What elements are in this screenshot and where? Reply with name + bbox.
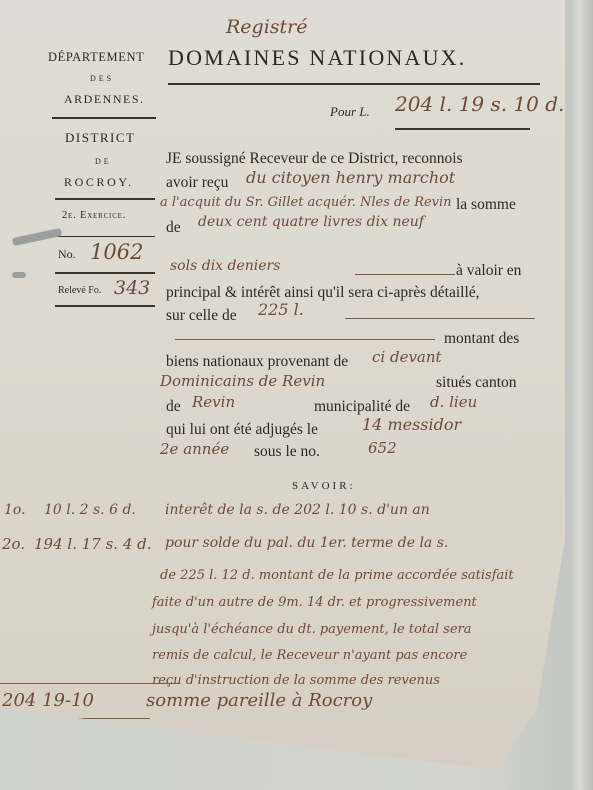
amount-label: Pour L. xyxy=(330,104,370,120)
total-amount: 204 19-10 xyxy=(2,690,94,711)
amount-rule xyxy=(395,128,530,130)
body-line-6: principal & intérêt ainsi qu'il sera ci-… xyxy=(166,284,480,302)
body-line-10-printed: situés canton xyxy=(436,374,517,392)
page-title: DOMAINES NATIONAUX. xyxy=(168,45,466,71)
origin-name: Dominicains de Revin xyxy=(160,372,325,390)
entry-1-text: interêt de la s. de 202 l. 10 s. d'un an xyxy=(165,502,430,518)
paper-damage xyxy=(12,272,26,278)
district-name: ROCROY. xyxy=(64,175,134,190)
body-line-4-printed: de xyxy=(166,219,181,237)
amount-value: 204 l. 19 s. 10 d. xyxy=(395,92,564,116)
body-line-12-printed: qui lui ont été adjugés le xyxy=(166,421,318,439)
paper-damage xyxy=(12,228,63,246)
district-rule xyxy=(55,198,155,200)
continuation-line: faite d'un autre de 9m. 14 dr. et progre… xyxy=(152,595,477,610)
right-backing-strip xyxy=(571,0,593,790)
acquit-text: a l'acquit du Sr. Gillet acquér. Nles de… xyxy=(160,195,452,210)
entry-1-num: 1o. xyxy=(4,502,26,518)
district-label: DISTRICT xyxy=(65,130,136,146)
departement-rule xyxy=(52,117,156,119)
body-line-3-printed: la somme xyxy=(456,196,516,214)
continuation-line: de 225 l. 12 d. montant de la prime acco… xyxy=(160,568,514,583)
body-line-2-printed: avoir reçu xyxy=(166,174,228,192)
fill-line xyxy=(345,318,535,319)
adjudication-year: 2e année xyxy=(160,440,229,458)
total-value: 225 l. xyxy=(258,300,304,319)
lot-number: 652 xyxy=(368,439,397,457)
sum-words: deux cent quatre livres dix neuf xyxy=(198,214,424,230)
body-line-13-printed: sous le no. xyxy=(254,443,320,461)
numero-label: No. xyxy=(58,247,76,262)
entry-2-text: pour solde du pal. du 1er. terme de la s… xyxy=(165,535,448,551)
municipalite-name: d. lieu xyxy=(430,393,477,411)
numero-value: 1062 xyxy=(90,240,143,264)
entry-2-amount: 194 l. 17 s. 4 d. xyxy=(34,535,152,553)
payer-name: du citoyen henry marchot xyxy=(246,168,455,187)
adjudication-date: 14 messidor xyxy=(362,415,461,434)
total-text: somme pareille à Rocroy xyxy=(146,690,372,711)
sum-words-cont: sols dix deniers xyxy=(170,258,280,274)
departement-label: DÉPARTEMENT xyxy=(48,50,144,65)
registre-annotation: Registré xyxy=(226,16,308,38)
body-line-11-municipalite: municipalité de xyxy=(314,398,410,416)
numero-rule xyxy=(55,272,155,274)
releve-rule xyxy=(55,305,155,307)
exercice-label: 2e. Exercice. xyxy=(62,210,126,221)
body-line-9-printed: biens nationaux provenant de xyxy=(166,353,348,371)
fill-line xyxy=(175,339,435,340)
origin-text: ci devant xyxy=(372,348,442,366)
des-label: DES xyxy=(90,74,114,83)
fill-line xyxy=(355,274,455,275)
document-page: Registré DOMAINES NATIONAUX. DÉPARTEMENT… xyxy=(0,0,565,770)
de-label: DE xyxy=(95,157,112,166)
body-line-7-printed: sur celle de xyxy=(166,307,237,325)
releve-value: 343 xyxy=(114,277,150,299)
body-line-5-printed: à valoir en xyxy=(456,262,521,280)
departement-name: ARDENNES. xyxy=(64,92,145,107)
exercice-rule xyxy=(55,236,155,237)
releve-label: Relevé Fo. xyxy=(58,285,101,296)
body-line-8-printed: montant des xyxy=(444,330,519,348)
entry-2-num: 2o. xyxy=(2,535,25,553)
canton-name: Revin xyxy=(192,393,235,411)
total-rule-top xyxy=(0,683,180,684)
entry-1-amount: 10 l. 2 s. 6 d. xyxy=(44,502,136,518)
title-rule xyxy=(168,83,540,85)
savoir-heading: SAVOIR: xyxy=(292,480,356,492)
body-line-11-de: de xyxy=(166,398,181,416)
continuation-line: jusqu'à l'échéance du dt. payement, le t… xyxy=(152,622,471,637)
continuation-line: remis de calcul, le Receveur n'ayant pas… xyxy=(152,648,467,663)
body-line-1: JE soussigné Receveur de ce District, re… xyxy=(166,150,463,168)
continuation-line: reçu d'instruction de la somme des reven… xyxy=(152,673,440,688)
